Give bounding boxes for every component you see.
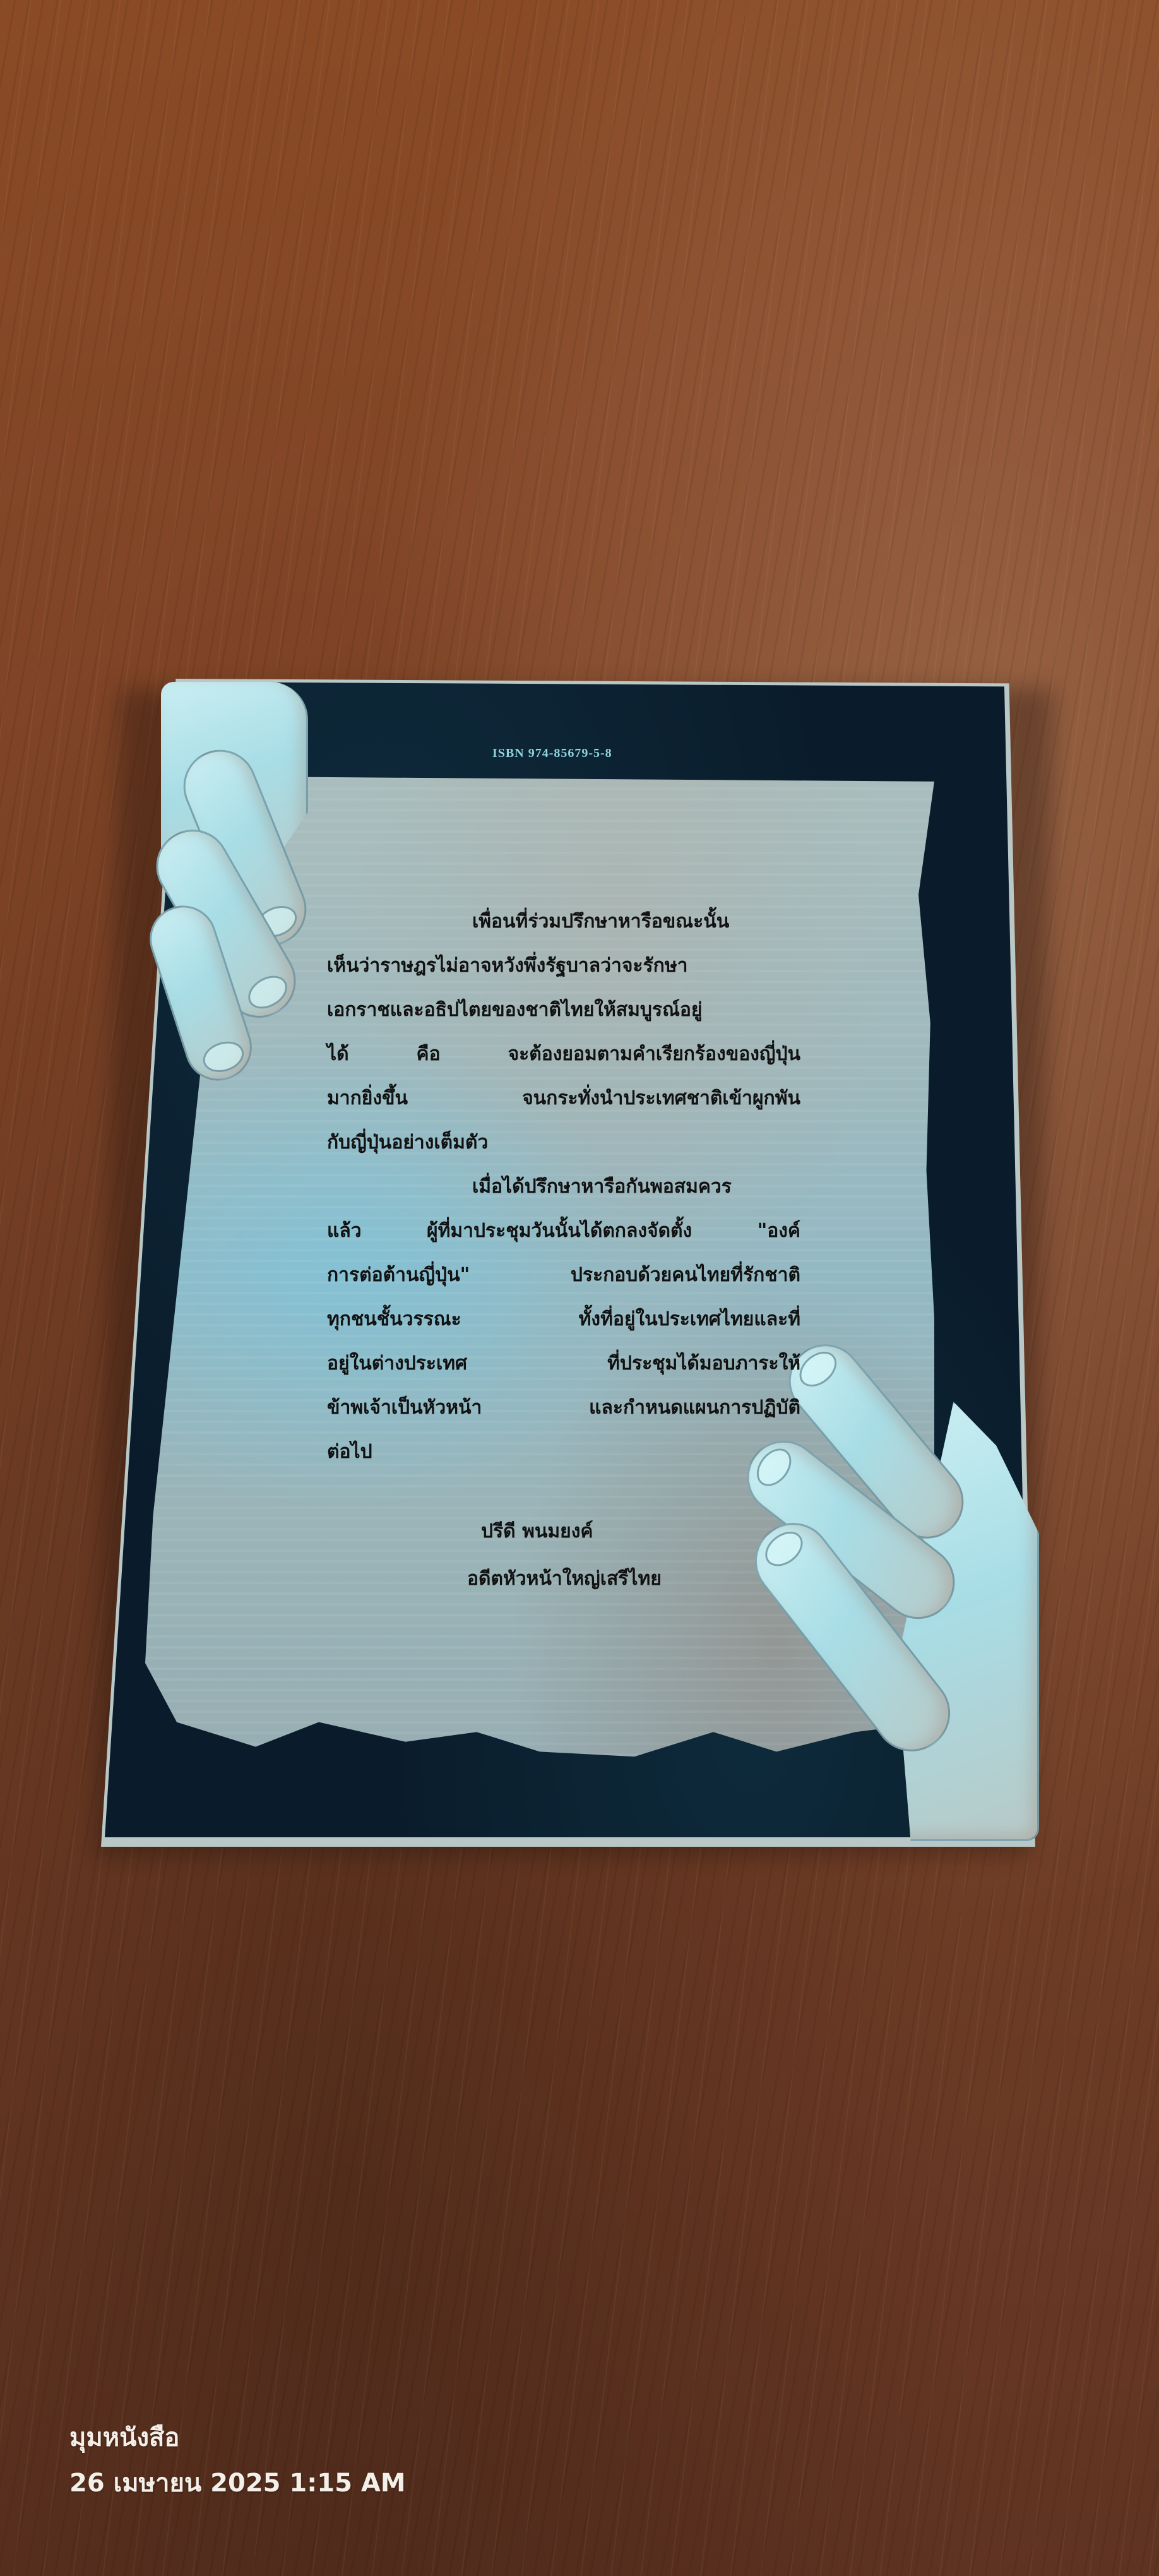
back-cover-quote: เพื่อนที่ร่วมปรึกษาหารือขณะนั้น เห็นว่าร… — [327, 900, 800, 1474]
photo-watermark: มุมหนังสือ 26 เมษายน 2025 1:15 AM — [69, 2415, 406, 2506]
quote-line: ทุกชนชั้นวรรณะ ทั้งที่อยู่ในประเทศไทยและ… — [327, 1297, 800, 1342]
quote-line: เอกราชและอธิปไตยของชาติไทยให้สมบูรณ์อยู่ — [327, 988, 800, 1032]
quote-line: การต่อต้านญี่ปุ่น" ประกอบด้วยคนไทยที่รัก… — [327, 1253, 800, 1297]
watermark-label: มุมหนังสือ — [69, 2415, 406, 2460]
quote-line: เมื่อได้ปรึกษาหารือกันพอสมควร — [327, 1165, 800, 1209]
quote-line: เพื่อนที่ร่วมปรึกษาหารือขณะนั้น — [327, 900, 800, 944]
watermark-timestamp: 26 เมษายน 2025 1:15 AM — [69, 2460, 406, 2506]
quote-line: ข้าพเจ้าเป็นหัวหน้า และกำหนดแผนการปฏิบัต… — [327, 1386, 800, 1430]
quote-line: ต่อไป — [327, 1430, 800, 1474]
quote-line: แล้ว ผู้ที่มาประชุมวันนั้นได้ตกลงจัดตั้ง… — [327, 1209, 800, 1253]
quote-line: กับญี่ปุ่นอย่างเต็มตัว — [327, 1121, 800, 1165]
quote-line: มากยิ่งขึ้น จนกระทั่งนำประเทศชาติเข้าผูก… — [327, 1076, 800, 1121]
author-title: อดีตหัวหน้าใหญ่เสรีไทย — [467, 1555, 662, 1602]
author-signature: ปรีดี พนมยงค์ อดีตหัวหน้าใหญ่เสรีไทย — [467, 1508, 662, 1602]
author-name: ปรีดี พนมยงค์ — [467, 1508, 662, 1555]
quote-line: อยู่ในต่างประเทศ ที่ประชุมได้มอบภาระให้ — [327, 1342, 800, 1386]
quote-line: ได้ คือ จะต้องยอมตามคำเรียกร้องของญี่ปุ่… — [327, 1032, 800, 1076]
quote-line: เห็นว่าราษฎรไม่อาจหวังพึ่งรัฐบาลว่าจะรัก… — [327, 944, 800, 988]
isbn-label: ISBN 974-85679-5-8 — [492, 746, 612, 761]
